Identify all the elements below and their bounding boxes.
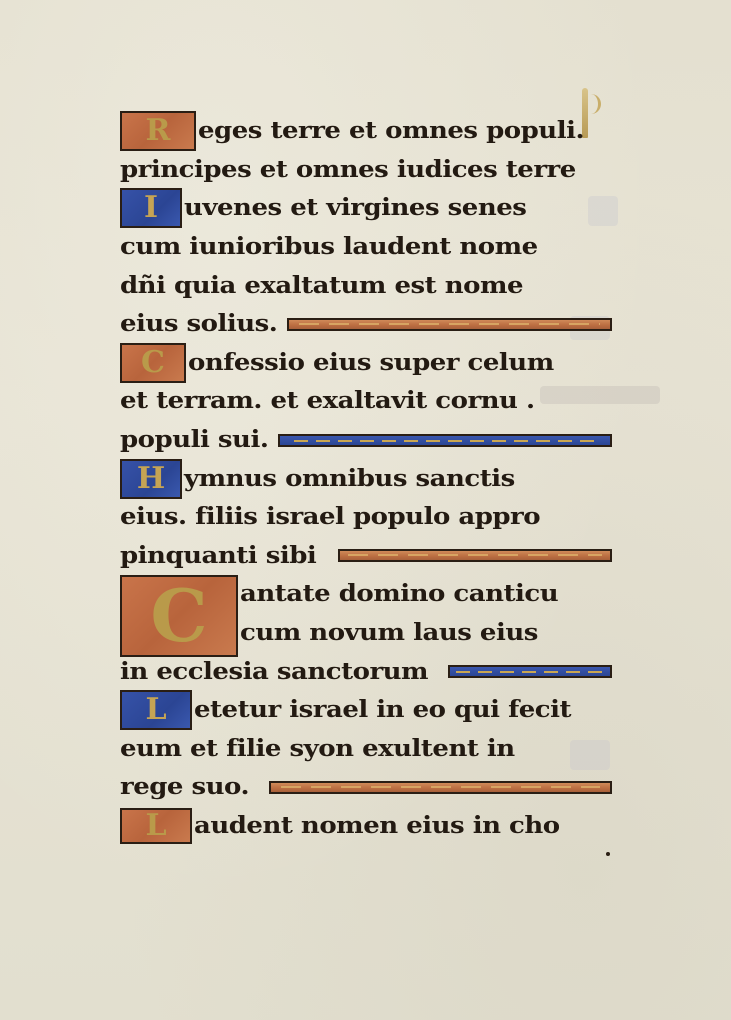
text-block: R eges terre et omnes populi. principes …	[120, 112, 612, 845]
text-line: pinquanti sibi	[120, 537, 612, 576]
text-line: in ecclesia sanctorum	[120, 652, 612, 691]
line-text: et terram. et exaltavit cornu .	[120, 390, 535, 413]
manuscript-leaf: R eges terre et omnes populi. principes …	[0, 0, 731, 1020]
text-line: H ymnus omnibus sanctis	[120, 459, 612, 498]
line-text: audent nomen eius in cho	[194, 815, 560, 838]
initial-c: C	[120, 343, 186, 383]
line-filler-gold	[287, 318, 612, 331]
text-line: eius solius.	[120, 305, 612, 344]
line-text: in ecclesia sanctorum	[120, 660, 428, 683]
initial-i: I	[120, 188, 182, 228]
line-text: ymnus omnibus sanctis	[184, 467, 515, 490]
line-text: dñi quia exaltatum est nome	[120, 274, 523, 297]
line-text: principes et omnes iudices terre	[120, 158, 576, 181]
text-line: antate domino canticu	[120, 575, 612, 614]
text-line: R eges terre et omnes populi.	[120, 112, 612, 151]
text-line: L audent nomen eius in cho	[120, 807, 612, 846]
line-filler-gold	[269, 781, 612, 794]
text-line: eum et filie syon exultent in	[120, 730, 612, 769]
initial-r: R	[120, 111, 196, 151]
big-initial-block: C antate domino canticu cum novum laus e…	[120, 575, 612, 652]
line-filler-blue	[278, 434, 612, 447]
text-line: dñi quia exaltatum est nome	[120, 266, 612, 305]
line-text: eum et filie syon exultent in	[120, 737, 515, 760]
text-line: populi sui.	[120, 421, 612, 460]
text-line: rege suo.	[120, 768, 612, 807]
line-text: rege suo.	[120, 776, 249, 799]
text-line: eius. filiis israel populo appro	[120, 498, 612, 537]
line-text: etetur israel in eo qui fecit	[194, 699, 571, 722]
initial-h: H	[120, 459, 182, 499]
line-text: onfessio eius super celum	[188, 351, 554, 374]
line-text: cum iunioribus laudent nome	[120, 236, 538, 259]
line-text: uvenes et virgines senes	[184, 197, 526, 220]
line-text: eius. filiis israel populo appro	[120, 506, 540, 529]
line-text: antate domino canticu	[240, 583, 558, 606]
text-line: I uvenes et virgines senes	[120, 189, 612, 228]
line-text: eius solius.	[120, 313, 277, 336]
line-text: cum novum laus eius	[240, 622, 538, 645]
line-text: pinquanti sibi	[120, 544, 316, 567]
text-line: L etetur israel in eo qui fecit	[120, 691, 612, 730]
text-line: cum novum laus eius	[120, 614, 612, 653]
text-line: cum iunioribus laudent nome	[120, 228, 612, 267]
initial-l: L	[120, 808, 192, 844]
line-filler-gold	[338, 549, 612, 562]
initial-l: L	[120, 690, 192, 730]
text-line: et terram. et exaltavit cornu .	[120, 382, 612, 421]
line-filler-blue	[448, 665, 612, 678]
line-text: populi sui.	[120, 429, 268, 452]
line-text: eges terre et omnes populi.	[198, 120, 584, 143]
text-line: C onfessio eius super celum	[120, 344, 612, 383]
punctus-mark	[606, 852, 610, 856]
text-line: principes et omnes iudices terre	[120, 151, 612, 190]
